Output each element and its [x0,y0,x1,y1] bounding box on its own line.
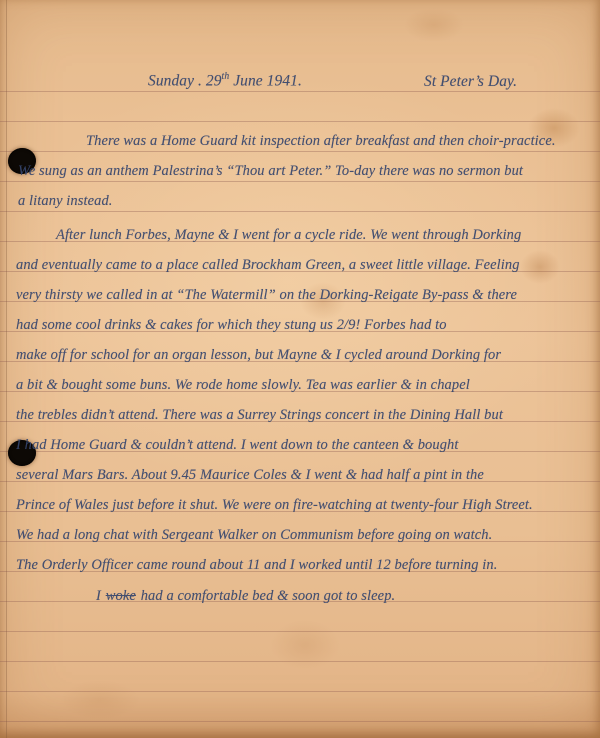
diary-line: a litany instead. [18,193,113,210]
final-line-prefix: I [96,588,101,604]
diary-line: several Mars Bars. About 9.45 Maurice Co… [16,467,484,484]
heading-date: Sunday . 29th June 1941. [148,71,302,90]
paper-stain [60,680,140,720]
diary-line: After lunch Forbes, Mayne & I went for a… [56,227,521,244]
diary-line-final: Iwokehad a comfortable bed & soon got to… [96,588,395,605]
diary-line: The Orderly Officer came round about 11 … [16,557,497,574]
diary-line: and eventually came to a place called Br… [16,257,520,274]
strikethrough-word: woke [106,588,136,604]
paper-edge-line [6,0,7,738]
diary-line: Prince of Wales just before it shut. We … [16,497,533,514]
diary-page: Sunday . 29th June 1941. St Peter’s Day.… [0,0,600,738]
paper-stain [520,250,560,284]
paper-stain [270,620,340,670]
heading-feast: St Peter’s Day. [424,73,517,91]
heading-date-rest: June 1941. [229,72,302,89]
diary-line: had some cool drinks & cakes for which t… [16,317,447,334]
diary-line: We had a long chat with Sergeant Walker … [16,527,492,544]
diary-line: We sung as an anthem Palestrina’s “Thou … [18,163,523,180]
paper-stain [404,8,464,42]
diary-line: I had Home Guard & couldn’t attend. I we… [16,437,459,454]
diary-line: the trebles didn’t attend. There was a S… [16,407,503,424]
final-line-rest: had a comfortable bed & soon got to slee… [141,588,396,604]
diary-line: There was a Home Guard kit inspection af… [86,133,556,150]
diary-line: make off for school for an organ lesson,… [16,347,501,364]
diary-line: a bit & bought some buns. We rode home s… [16,377,470,394]
diary-line: very thirsty we called in at “The Waterm… [16,287,517,304]
heading-date-prefix: Sunday . 29 [148,72,222,89]
